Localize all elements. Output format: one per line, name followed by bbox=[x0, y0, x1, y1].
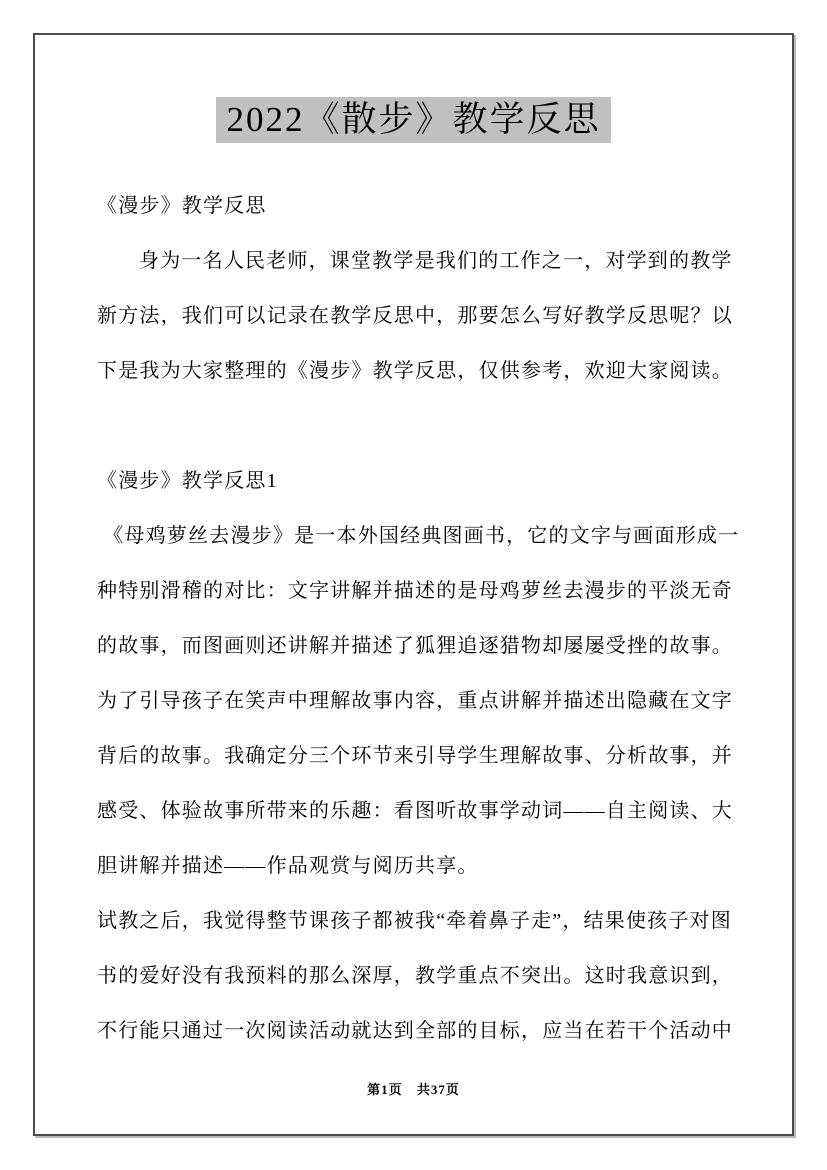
document-line: 胆讲解并描述——作品观赏与阅历共享。 bbox=[97, 839, 732, 894]
document-line: 不行能只通过一次阅读活动就达到全部的目标，应当在若干个活动中 bbox=[97, 1004, 732, 1059]
document-title-row: 2022《散步》教学反思 bbox=[35, 97, 792, 143]
document-line bbox=[97, 399, 732, 454]
document-title: 2022《散步》教学反思 bbox=[216, 97, 610, 143]
document-line: 新方法，我们可以记录在教学反思中，那要怎么写好教学反思呢？以 bbox=[97, 289, 732, 344]
document-line: 《漫步》教学反思1 bbox=[97, 454, 732, 509]
page-footer: 第1页 共37页 bbox=[35, 1079, 792, 1098]
document-line: 为了引导孩子在笑声中理解故事内容，重点讲解并描述出隐藏在文字 bbox=[97, 674, 732, 729]
footer-total-pages: 共37页 bbox=[417, 1082, 460, 1097]
document-line: 书的爱好没有我预料的那么深厚，教学重点不突出。这时我意识到， bbox=[97, 949, 732, 1004]
document-body: 《漫步》教学反思身为一名人民老师，课堂教学是我们的工作之一，对学到的教学新方法，… bbox=[97, 179, 732, 1059]
document-line: 背后的故事。我确定分三个环节来引导学生理解故事、分析故事，并 bbox=[97, 729, 732, 784]
document-line: 的故事，而图画则还讲解并描述了狐狸追逐猎物却屡屡受挫的故事。 bbox=[97, 619, 732, 674]
document-line: 试教之后，我觉得整节课孩子都被我“牵着鼻子走”，结果使孩子对图 bbox=[97, 894, 732, 949]
document-line: 《漫步》教学反思 bbox=[97, 179, 732, 234]
footer-page-number: 第1页 bbox=[367, 1082, 403, 1097]
document-canvas: 2022《散步》教学反思 《漫步》教学反思身为一名人民老师，课堂教学是我们的工作… bbox=[0, 0, 827, 1170]
document-line: 下是我为大家整理的《漫步》教学反思，仅供参考，欢迎大家阅读。 bbox=[97, 344, 732, 399]
document-page: 2022《散步》教学反思 《漫步》教学反思身为一名人民老师，课堂教学是我们的工作… bbox=[33, 33, 794, 1136]
document-line: 种特别滑稽的对比：文字讲解并描述的是母鸡萝丝去漫步的平淡无奇 bbox=[97, 564, 732, 619]
document-line: 感受、体验故事所带来的乐趣：看图听故事学动词——自主阅读、大 bbox=[97, 784, 732, 839]
document-line: 《母鸡萝丝去漫步》是一本外国经典图画书，它的文字与画面形成一 bbox=[97, 509, 732, 564]
document-line: 身为一名人民老师，课堂教学是我们的工作之一，对学到的教学 bbox=[97, 234, 732, 289]
